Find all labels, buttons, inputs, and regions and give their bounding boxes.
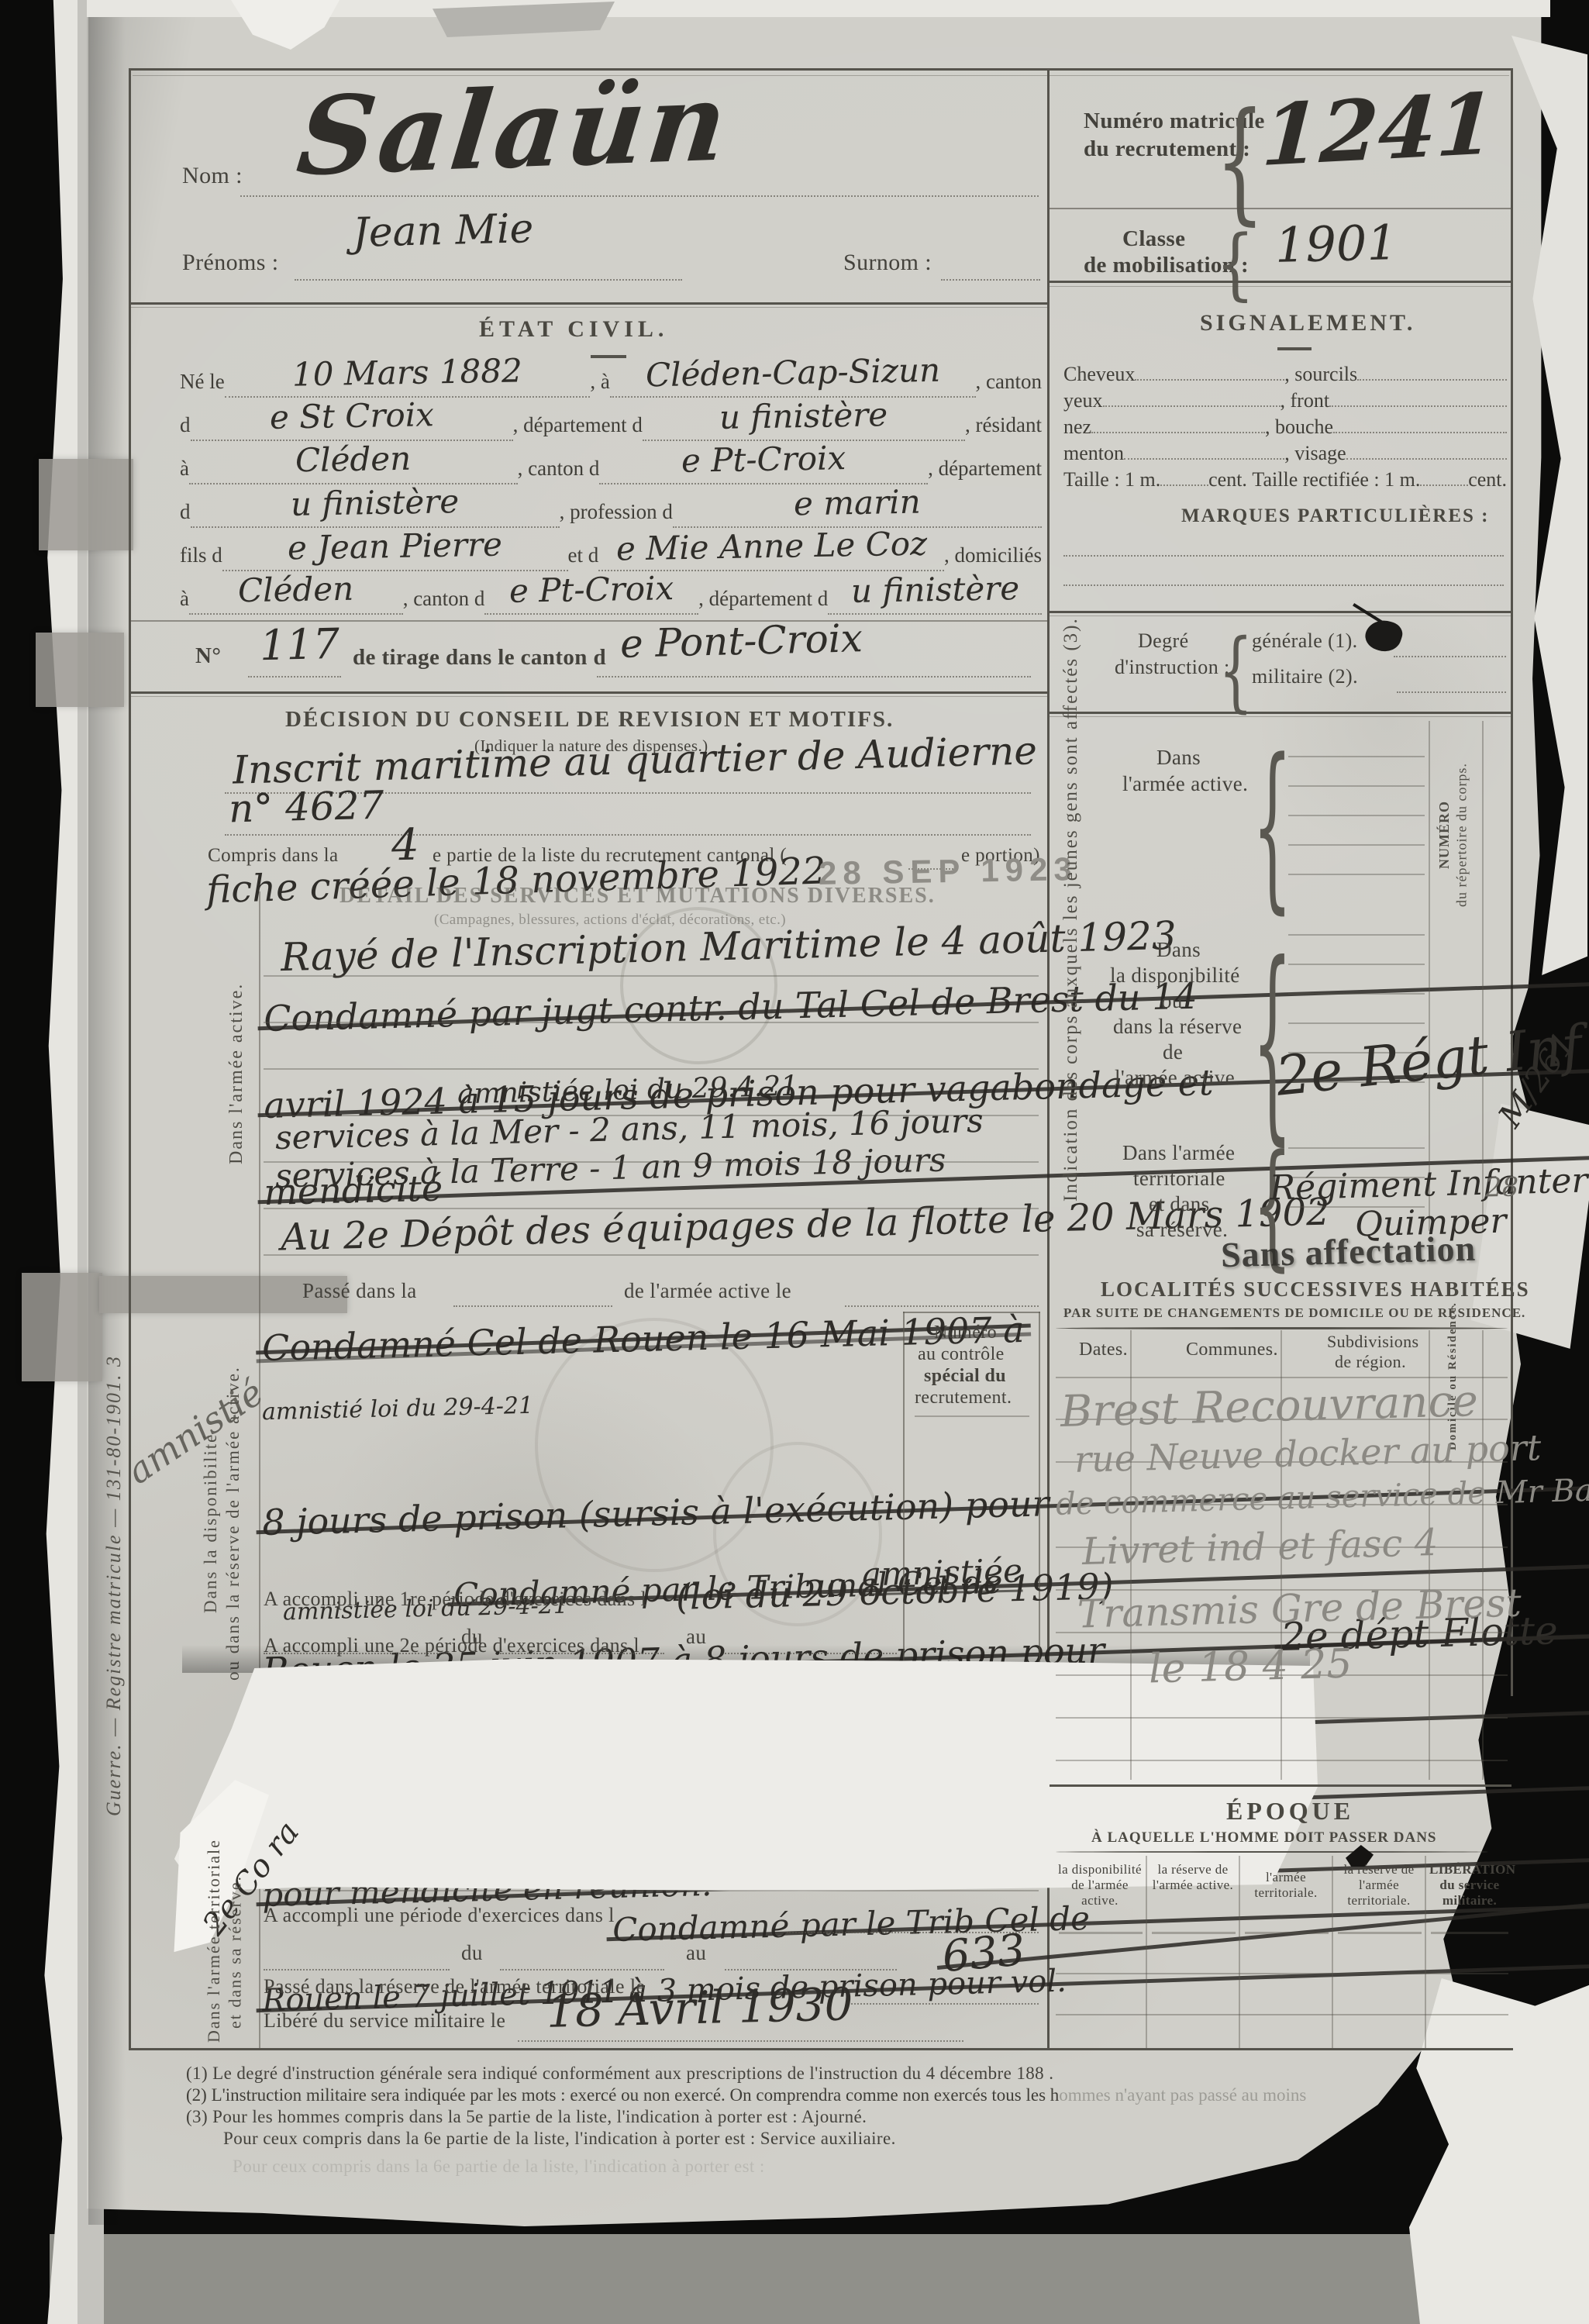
controle-box-right (1039, 1312, 1040, 1664)
row-line (1056, 1760, 1508, 1761)
header-underline (1338, 1932, 1422, 1934)
field (1333, 432, 1507, 433)
rule (1050, 281, 1511, 283)
controle-label: Numéro (934, 1322, 997, 1343)
field (1420, 484, 1468, 486)
passe-active-text: Passé dans la (302, 1279, 417, 1303)
line (1288, 756, 1425, 757)
controle-label-3: spécial du (924, 1366, 1006, 1387)
nom-line (240, 195, 1039, 197)
libere-date: 18 Avril 1930 (546, 1977, 853, 2038)
tape-patch (22, 1273, 102, 1381)
loc-hw-date: le 18 4 25 (1148, 1641, 1353, 1693)
book-spine (0, 0, 50, 2324)
margin-label-corps: Indication des corps auxquels les jeunes… (1060, 725, 1082, 1202)
label: , profession d (560, 500, 673, 524)
register-scan: Guerre. — Registre matricule — 131-80-19… (0, 0, 1589, 2324)
epoque-col-1: la disponibilité de l'armée active. (1057, 1862, 1143, 1909)
field (1135, 379, 1284, 381)
sig-row-4: menton , visage (1063, 442, 1507, 465)
field-residence: Cléden (189, 445, 518, 484)
epoque-col-5: LIBÉRATION du service militaire. (1429, 1862, 1510, 1909)
epoque-col-2: la réserve de l'armée active. (1150, 1862, 1236, 1893)
libere-text: Libéré du service militaire le (264, 2009, 505, 2033)
label: , canton d (518, 457, 600, 481)
tirage-no-value: 117 (259, 619, 340, 670)
tirage-canton-value: e Pont-Croix (619, 615, 863, 667)
sans-affectation-stamp: Sans affectation (1220, 1228, 1476, 1276)
passe-active-text-2: de l'armée active le (624, 1279, 791, 1303)
footnote-2-faded: ommes n'ayant pas passé au moins (1059, 2085, 1306, 2105)
header-underline (1245, 1932, 1329, 1934)
col-line (1332, 1856, 1333, 2048)
frame-left (129, 68, 131, 2049)
label: , département d (513, 413, 643, 437)
corps-hw-28: 28 (1485, 1171, 1519, 1203)
brace: { (1218, 620, 1253, 722)
col-line (1146, 1856, 1147, 2048)
line (1288, 785, 1425, 787)
col-line (1482, 1330, 1484, 1780)
sig-row-3: nez , bouche (1063, 415, 1507, 439)
writing-line (264, 1068, 1039, 1070)
signalement-title: SIGNALEMENT. (1200, 310, 1415, 336)
field (1357, 379, 1507, 381)
label: fils d (180, 543, 222, 567)
line (264, 1969, 450, 1971)
decision-title: DÉCISION DU CONSEIL DE REVISION ET MOTIF… (285, 707, 894, 733)
spine-annotation: Guerre. — Registre matricule — 131-80-19… (102, 1124, 126, 2046)
line (1288, 874, 1425, 875)
controle-underline (915, 1415, 1029, 1417)
frame-top (129, 68, 1513, 71)
etat-row-5: fils d e Jean Pierre et d e Mie Anne Le … (180, 532, 1042, 571)
corps-dispo-label-2: la disponibilité (1110, 964, 1240, 988)
label-menton: menton (1063, 442, 1124, 465)
tape-patch (36, 633, 124, 707)
controle-label-2: au contrôle (918, 1344, 1005, 1365)
classe-label: Classe (1122, 226, 1185, 252)
corps-hw-infanterie: Régiment Infanterie (1269, 1160, 1589, 1209)
line (453, 1305, 612, 1307)
tirage-text: de tirage dans le canton d (353, 645, 606, 671)
footnote-2: (2) L'instruction militaire sera indiqué… (186, 2085, 1306, 2105)
line (500, 1969, 664, 1971)
footnote-4: Pour ceux compris dans la 6e partie de l… (223, 2129, 896, 2149)
marques-title: MARQUES PARTICULIÈRES : (1181, 505, 1489, 527)
desk-background (0, 2234, 1589, 2324)
field-departement-3: u finistère (828, 575, 1042, 615)
rule (1050, 208, 1511, 209)
col-line (1239, 1856, 1240, 2048)
degre-label: Degré (1138, 629, 1189, 653)
corps-dispo-label: Dans (1156, 938, 1201, 962)
writing-line (264, 975, 1039, 977)
line (851, 2003, 1039, 2005)
line (1288, 815, 1425, 816)
field-canton-2: e Pt-Croix (599, 445, 928, 484)
corps-terr-label-2: territoriale (1133, 1167, 1225, 1191)
controle-box-top (903, 1312, 1040, 1313)
line (787, 1932, 1039, 1933)
etat-row-2: d e St Croix , département d u finistère… (180, 402, 1042, 441)
col-subdivisions-2: de région. (1335, 1352, 1406, 1372)
line (1288, 1147, 1425, 1149)
field (1329, 405, 1507, 407)
header-underline (1431, 1932, 1508, 1934)
rule (1056, 1851, 1488, 1853)
corps-terr-label: Dans l'armée (1122, 1141, 1235, 1165)
field-father: e Jean Pierre (222, 532, 568, 571)
label-cent: cent. (1208, 468, 1247, 491)
rule (129, 302, 1047, 305)
prenoms-label: Prénoms : (182, 250, 278, 276)
corps-terr-label-3: et dans (1149, 1192, 1210, 1216)
line (1288, 934, 1425, 936)
brace: { (1215, 219, 1255, 309)
label: , domiciliés (944, 543, 1042, 567)
writing-line (264, 1890, 1039, 1891)
corps-terr-label-4: sa réserve. (1136, 1218, 1228, 1242)
margin-label-territoriale: Dans l'armée territoriale et dans sa rés… (203, 1860, 246, 2043)
etat-row-3: à Cléden , canton d e Pt-Croix , départe… (180, 445, 1042, 484)
row-line (1056, 1717, 1508, 1719)
epoque-title: ÉPOQUE (1226, 1797, 1354, 1826)
label: , département (928, 457, 1042, 481)
header-underline (1152, 1932, 1236, 1934)
field-canton-3: e Pt-Croix (484, 575, 698, 615)
row-line (1056, 2014, 1508, 2015)
label-taille: Taille : 1 m. (1063, 468, 1160, 491)
rule (1050, 611, 1511, 613)
label-taille-rectifiee: Taille rectifiée : 1 m. (1252, 468, 1420, 491)
numcol-right (1482, 721, 1484, 1231)
col-line (1425, 1856, 1426, 2048)
label: , à (590, 370, 609, 394)
rule-thin (129, 307, 1047, 308)
rule (1050, 712, 1511, 714)
corps-active-label: Dans (1156, 746, 1201, 770)
field (1091, 432, 1265, 433)
epoque-col-4: la réserve de l'armée territoriale. (1336, 1862, 1422, 1909)
localites-title: LOCALITÉS SUCCESSIVES HABITÉES (1101, 1278, 1530, 1302)
label-sourcils: , sourcils (1284, 363, 1357, 386)
nom-signature: Salaün (292, 58, 736, 200)
writing-line (264, 1161, 1039, 1163)
corps-active-label-2: l'armée active. (1122, 772, 1248, 796)
label: , canton (976, 370, 1042, 394)
corps-dispo-label-6: l'armée active. (1115, 1066, 1240, 1090)
line (225, 834, 1031, 836)
label: , résidant (965, 413, 1042, 437)
label: Né le (180, 370, 225, 394)
du-label: du (461, 1941, 483, 1965)
label-front: , front (1281, 389, 1330, 412)
line (248, 676, 341, 678)
line (1063, 584, 1504, 586)
decision-hw-2: n° 4627 (228, 783, 384, 832)
line (1397, 691, 1506, 693)
sig-row-taille: Taille : 1 m. cent. Taille rectifiée : 1… (1063, 468, 1507, 491)
rule-thin (1050, 615, 1511, 616)
field-departement-2: u finistère (191, 488, 560, 528)
epoque-col-3: l'armée territoriale. (1243, 1870, 1329, 1901)
line (725, 1969, 897, 1971)
numcol-line: du répertoire du corps. (1453, 730, 1471, 940)
label: d (180, 413, 191, 437)
footnote-3: (3) Pour les hommes compris dans la 5e p… (186, 2107, 867, 2127)
footnote-2-text: (2) L'instruction militaire sera indiqué… (186, 2085, 1059, 2105)
field-canton: e St Croix (191, 402, 513, 441)
rule-thin (1050, 716, 1511, 717)
line (845, 1305, 1039, 1307)
margin-label-armee-active: Dans l'armée active. (226, 911, 247, 1236)
compris-text: Compris dans la (208, 845, 339, 867)
line (1394, 656, 1506, 657)
field (1160, 484, 1208, 486)
numcol-label: NUMÉRO du répertoire du corps. (1436, 730, 1470, 940)
nom-label: Nom : (182, 163, 243, 189)
field-birthplace: Cléden-Cap-Sizun (610, 358, 976, 398)
classe-value: 1901 (1274, 214, 1398, 274)
writing-line (264, 1254, 1039, 1256)
rule (1056, 1327, 1508, 1329)
label: , canton d (403, 587, 485, 611)
col-subdivisions: Subdivisions (1327, 1332, 1419, 1352)
prenoms-value: Jean Mie (352, 205, 534, 257)
line (1288, 844, 1425, 846)
etat-row-1: Né le 10 Mars 1882 , à Cléden-Cap-Sizun … (180, 358, 1042, 398)
brace: { (1253, 721, 1292, 930)
etat-row-4: d u finistère , profession d e marin (180, 488, 1042, 528)
rule (1050, 1784, 1511, 1787)
label: , département d (698, 587, 828, 611)
degre-label-2: d'instruction : (1115, 656, 1230, 679)
line (1288, 1022, 1425, 1024)
rule-thin (129, 696, 1047, 697)
sig-row-1: Cheveux , sourcils (1063, 363, 1507, 386)
label-bouche: , bouche (1265, 415, 1333, 439)
numcol-left (1429, 721, 1430, 1231)
instruction-generale: générale (1). (1252, 629, 1358, 653)
periode-1-text: A accompli une 1re période d'exercices d… (264, 1588, 646, 1611)
etat-row-6: à Cléden , canton d e Pt-Croix , départe… (180, 575, 1042, 615)
margin-line: et dans sa réserve. (225, 1860, 246, 2043)
title-dash (1277, 347, 1312, 350)
epoque-subtitle: À LAQUELLE L'HOMME DOIT PASSER DANS (1091, 1829, 1437, 1846)
line (597, 676, 1031, 678)
line (1288, 964, 1425, 965)
col-communes: Communes. (1186, 1340, 1278, 1360)
surnom-label: Surnom : (843, 250, 932, 276)
field (1124, 458, 1284, 460)
row-line (1056, 1973, 1508, 1974)
line (1063, 555, 1504, 557)
tirage-no-label: N° (195, 643, 221, 669)
numcol-line: NUMÉRO (1436, 730, 1453, 940)
etat-civil-title: ÉTAT CIVIL. (479, 316, 668, 343)
field (1103, 405, 1281, 407)
field-domicile: Cléden (189, 575, 403, 615)
rule-thin (1050, 286, 1511, 287)
services-title: DÉTAIL DES SERVICES ET MUTATIONS DIVERSE… (340, 884, 936, 909)
rule (129, 691, 1047, 694)
sig-row-2: yeux , front (1063, 389, 1507, 412)
crumpled-corner-bottom-right (1409, 1978, 1589, 2324)
line (1288, 993, 1425, 995)
margin-line: Dans l'armée territoriale (203, 1860, 225, 2043)
au-label: au (686, 1941, 706, 1965)
periode-terr-text: A accompli une période d'exercices dans … (264, 1904, 615, 1927)
matricule-value: 1241 (1260, 75, 1498, 185)
label: à (180, 457, 189, 481)
field-departement: u finistère (643, 402, 965, 441)
field-birthdate: 10 Mars 1882 (225, 358, 591, 398)
label: d (180, 500, 191, 524)
field-profession: e marin (673, 488, 1042, 528)
label: et d (568, 543, 599, 567)
corps-dispo-label-3: ou (1161, 989, 1183, 1013)
corps-dispo-label-5: de (1163, 1040, 1183, 1064)
footnote-1: (1) Le degré d'instruction générale sera… (186, 2064, 1053, 2084)
writing-line (264, 1208, 1039, 1209)
label: à (180, 587, 189, 611)
label-visage: , visage (1284, 442, 1346, 465)
surnom-line (941, 279, 1040, 281)
writing-line (264, 1022, 1039, 1023)
frame-bottom (129, 2048, 1513, 2050)
tape-patch (39, 459, 133, 550)
line (518, 2040, 963, 2042)
footnote-ghost: Pour ceux compris dans la 6e partie de l… (233, 2157, 765, 2177)
label-nez: nez (1063, 415, 1091, 439)
prenoms-line (295, 279, 682, 281)
instruction-militaire: militaire (2). (1252, 665, 1358, 688)
header-underline (1059, 1932, 1143, 1934)
col-dates: Dates. (1079, 1340, 1128, 1360)
field (1346, 458, 1507, 460)
brace: { (1215, 84, 1265, 238)
field-mother: e Mie Anne Le Coz (598, 532, 944, 571)
controle-label-4: recrutement. (915, 1388, 1012, 1409)
label-yeux: yeux (1063, 389, 1103, 412)
label-cent-2: cent. (1468, 468, 1507, 491)
label-cheveux: Cheveux (1063, 363, 1135, 386)
corps-dispo-label-4: dans la réserve (1113, 1015, 1242, 1039)
